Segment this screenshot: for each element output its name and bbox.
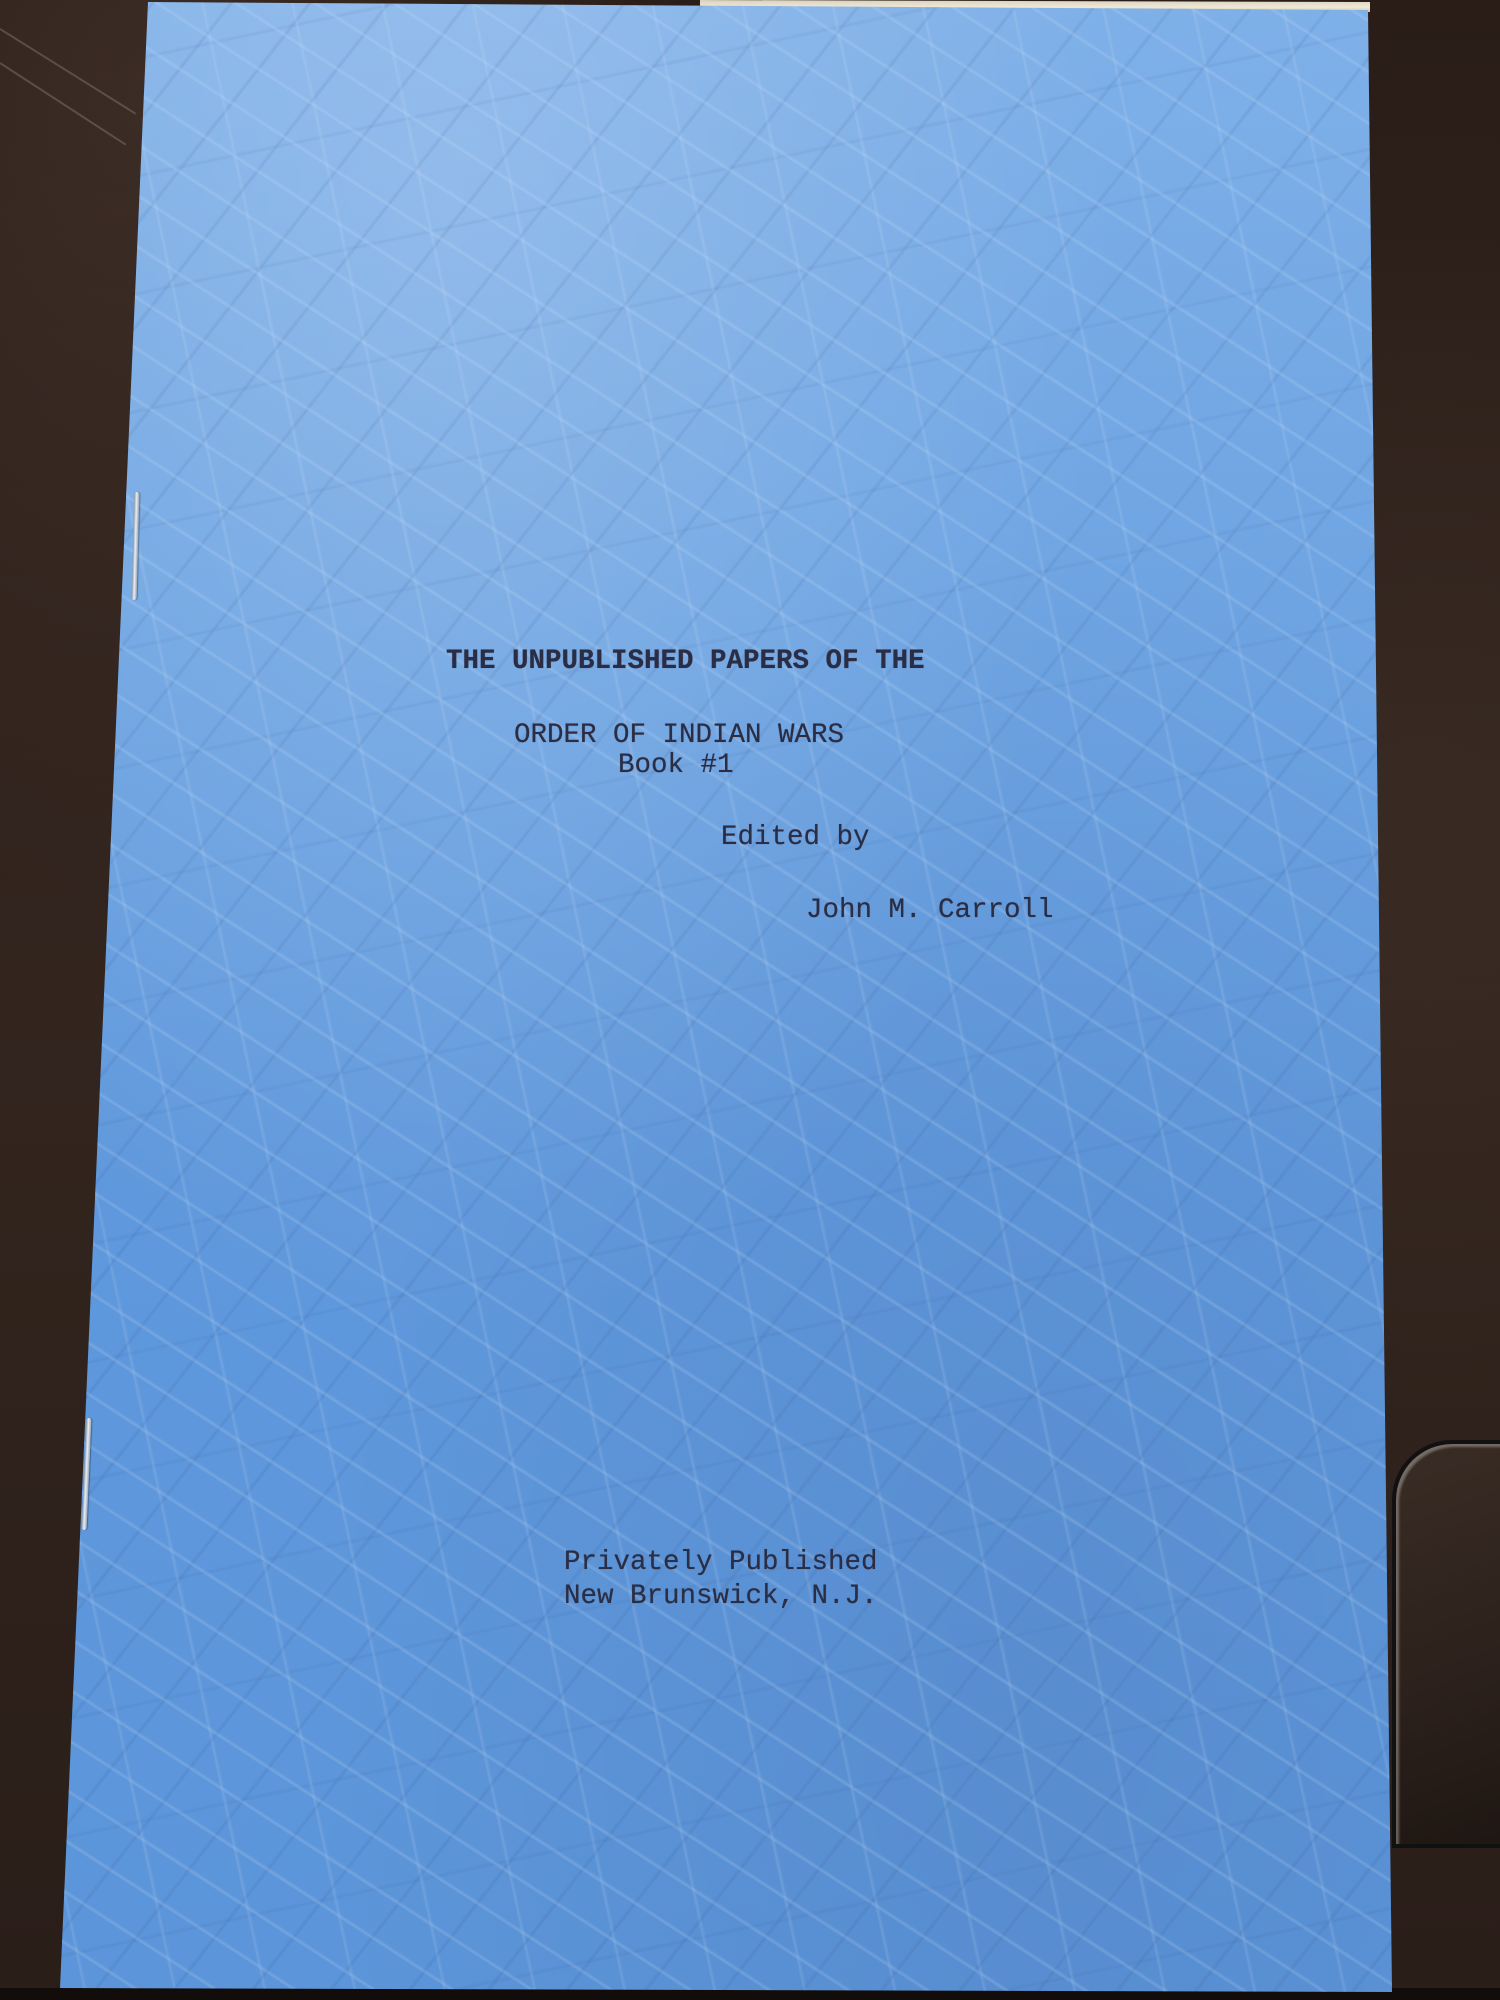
title-line-1: THE UNPUBLISHED PAPERS OF THE — [446, 648, 925, 676]
edited-by-label: Edited by — [721, 824, 870, 852]
editor-name: John M. Carroll — [806, 897, 1054, 925]
volume-label: Book #1 — [618, 752, 734, 780]
title-line-2: ORDER OF INDIAN WARS — [514, 722, 844, 750]
publisher-line-1: Privately Published — [564, 1549, 878, 1577]
publisher-line-2: New Brunswick, N.J. — [564, 1583, 878, 1611]
leather-texture — [0, 0, 1500, 2000]
reflective-object — [1392, 1440, 1500, 1848]
